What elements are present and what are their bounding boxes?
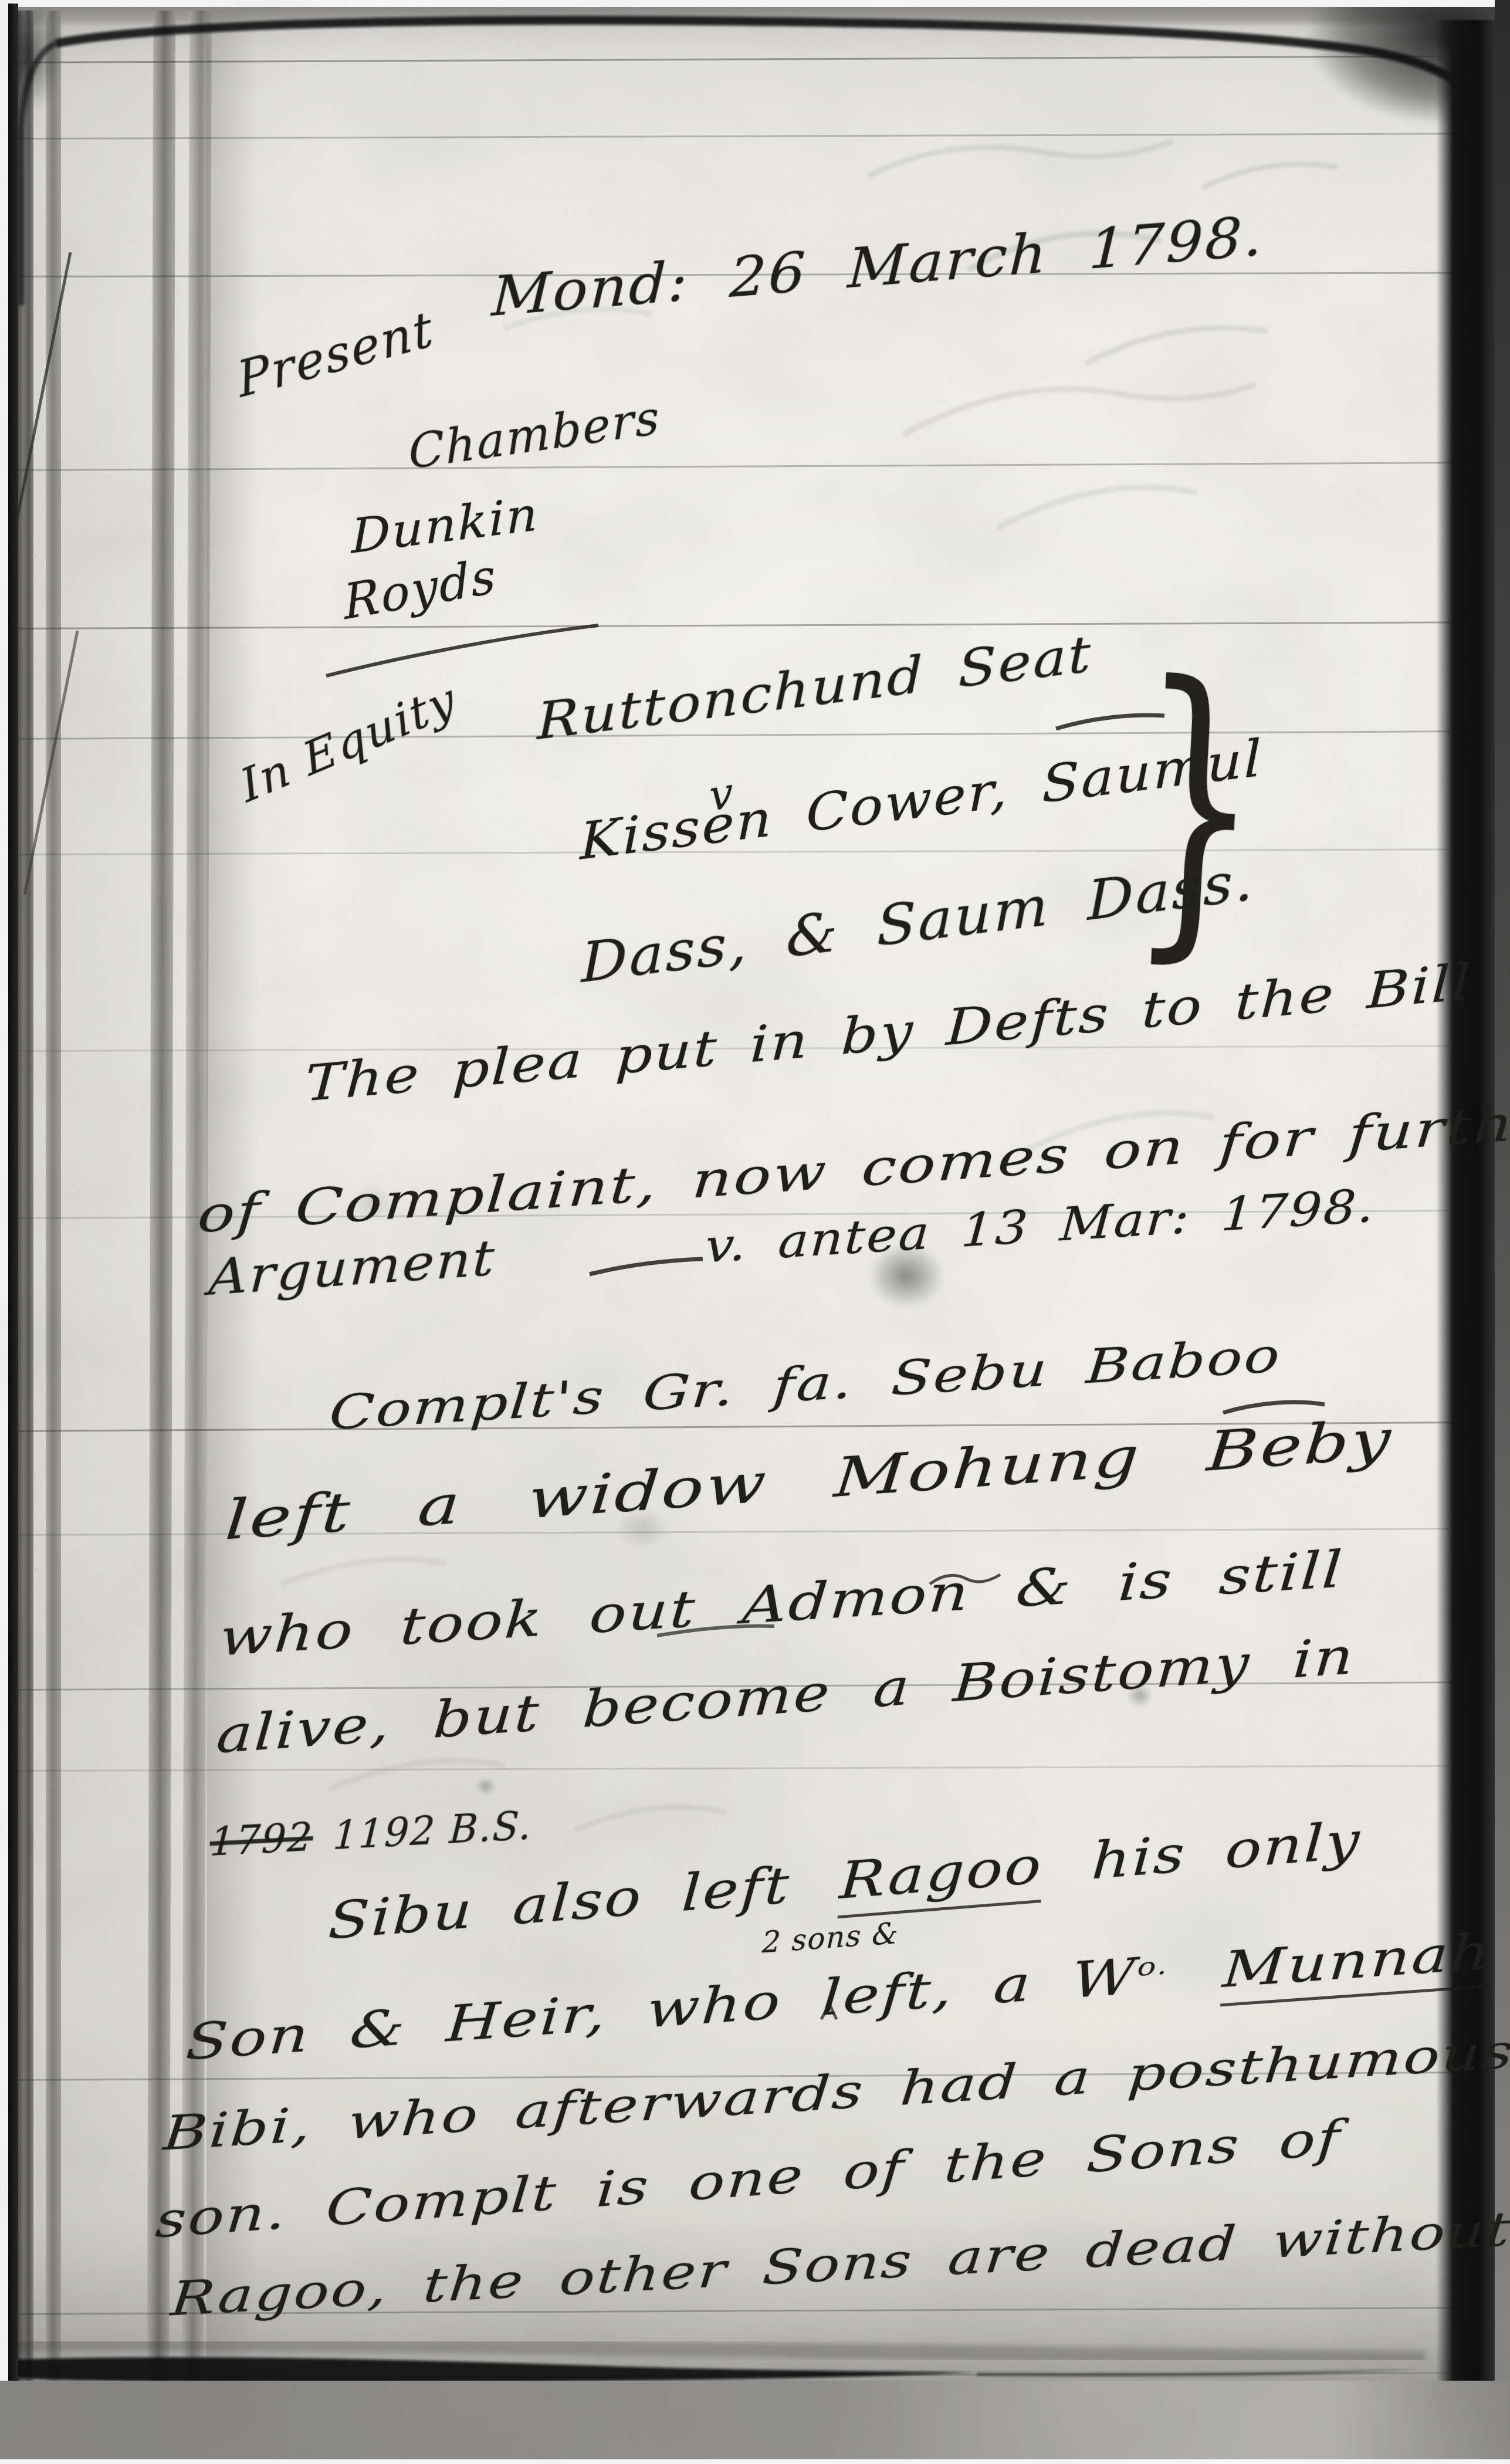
scan-border-right: [1495, 0, 1510, 2464]
superscript-abbrev: o.: [1136, 1951, 1170, 1982]
struck-year: 1792: [209, 1815, 314, 1866]
manuscript-page: Mond: 26 March 1798. Present Chambers Du…: [0, 0, 1510, 2464]
binding-stripe: [46, 11, 61, 2381]
scan-border-bottom-white: [0, 2459, 1510, 2464]
ink-stain: [475, 1778, 496, 1795]
scan-border-left: [0, 0, 8, 2464]
scan-border-top: [0, 0, 1510, 7]
binding-stripe: [18, 11, 33, 2381]
page-left-edge: [8, 4, 18, 2444]
scan-border-bottom: [0, 2381, 1510, 2459]
